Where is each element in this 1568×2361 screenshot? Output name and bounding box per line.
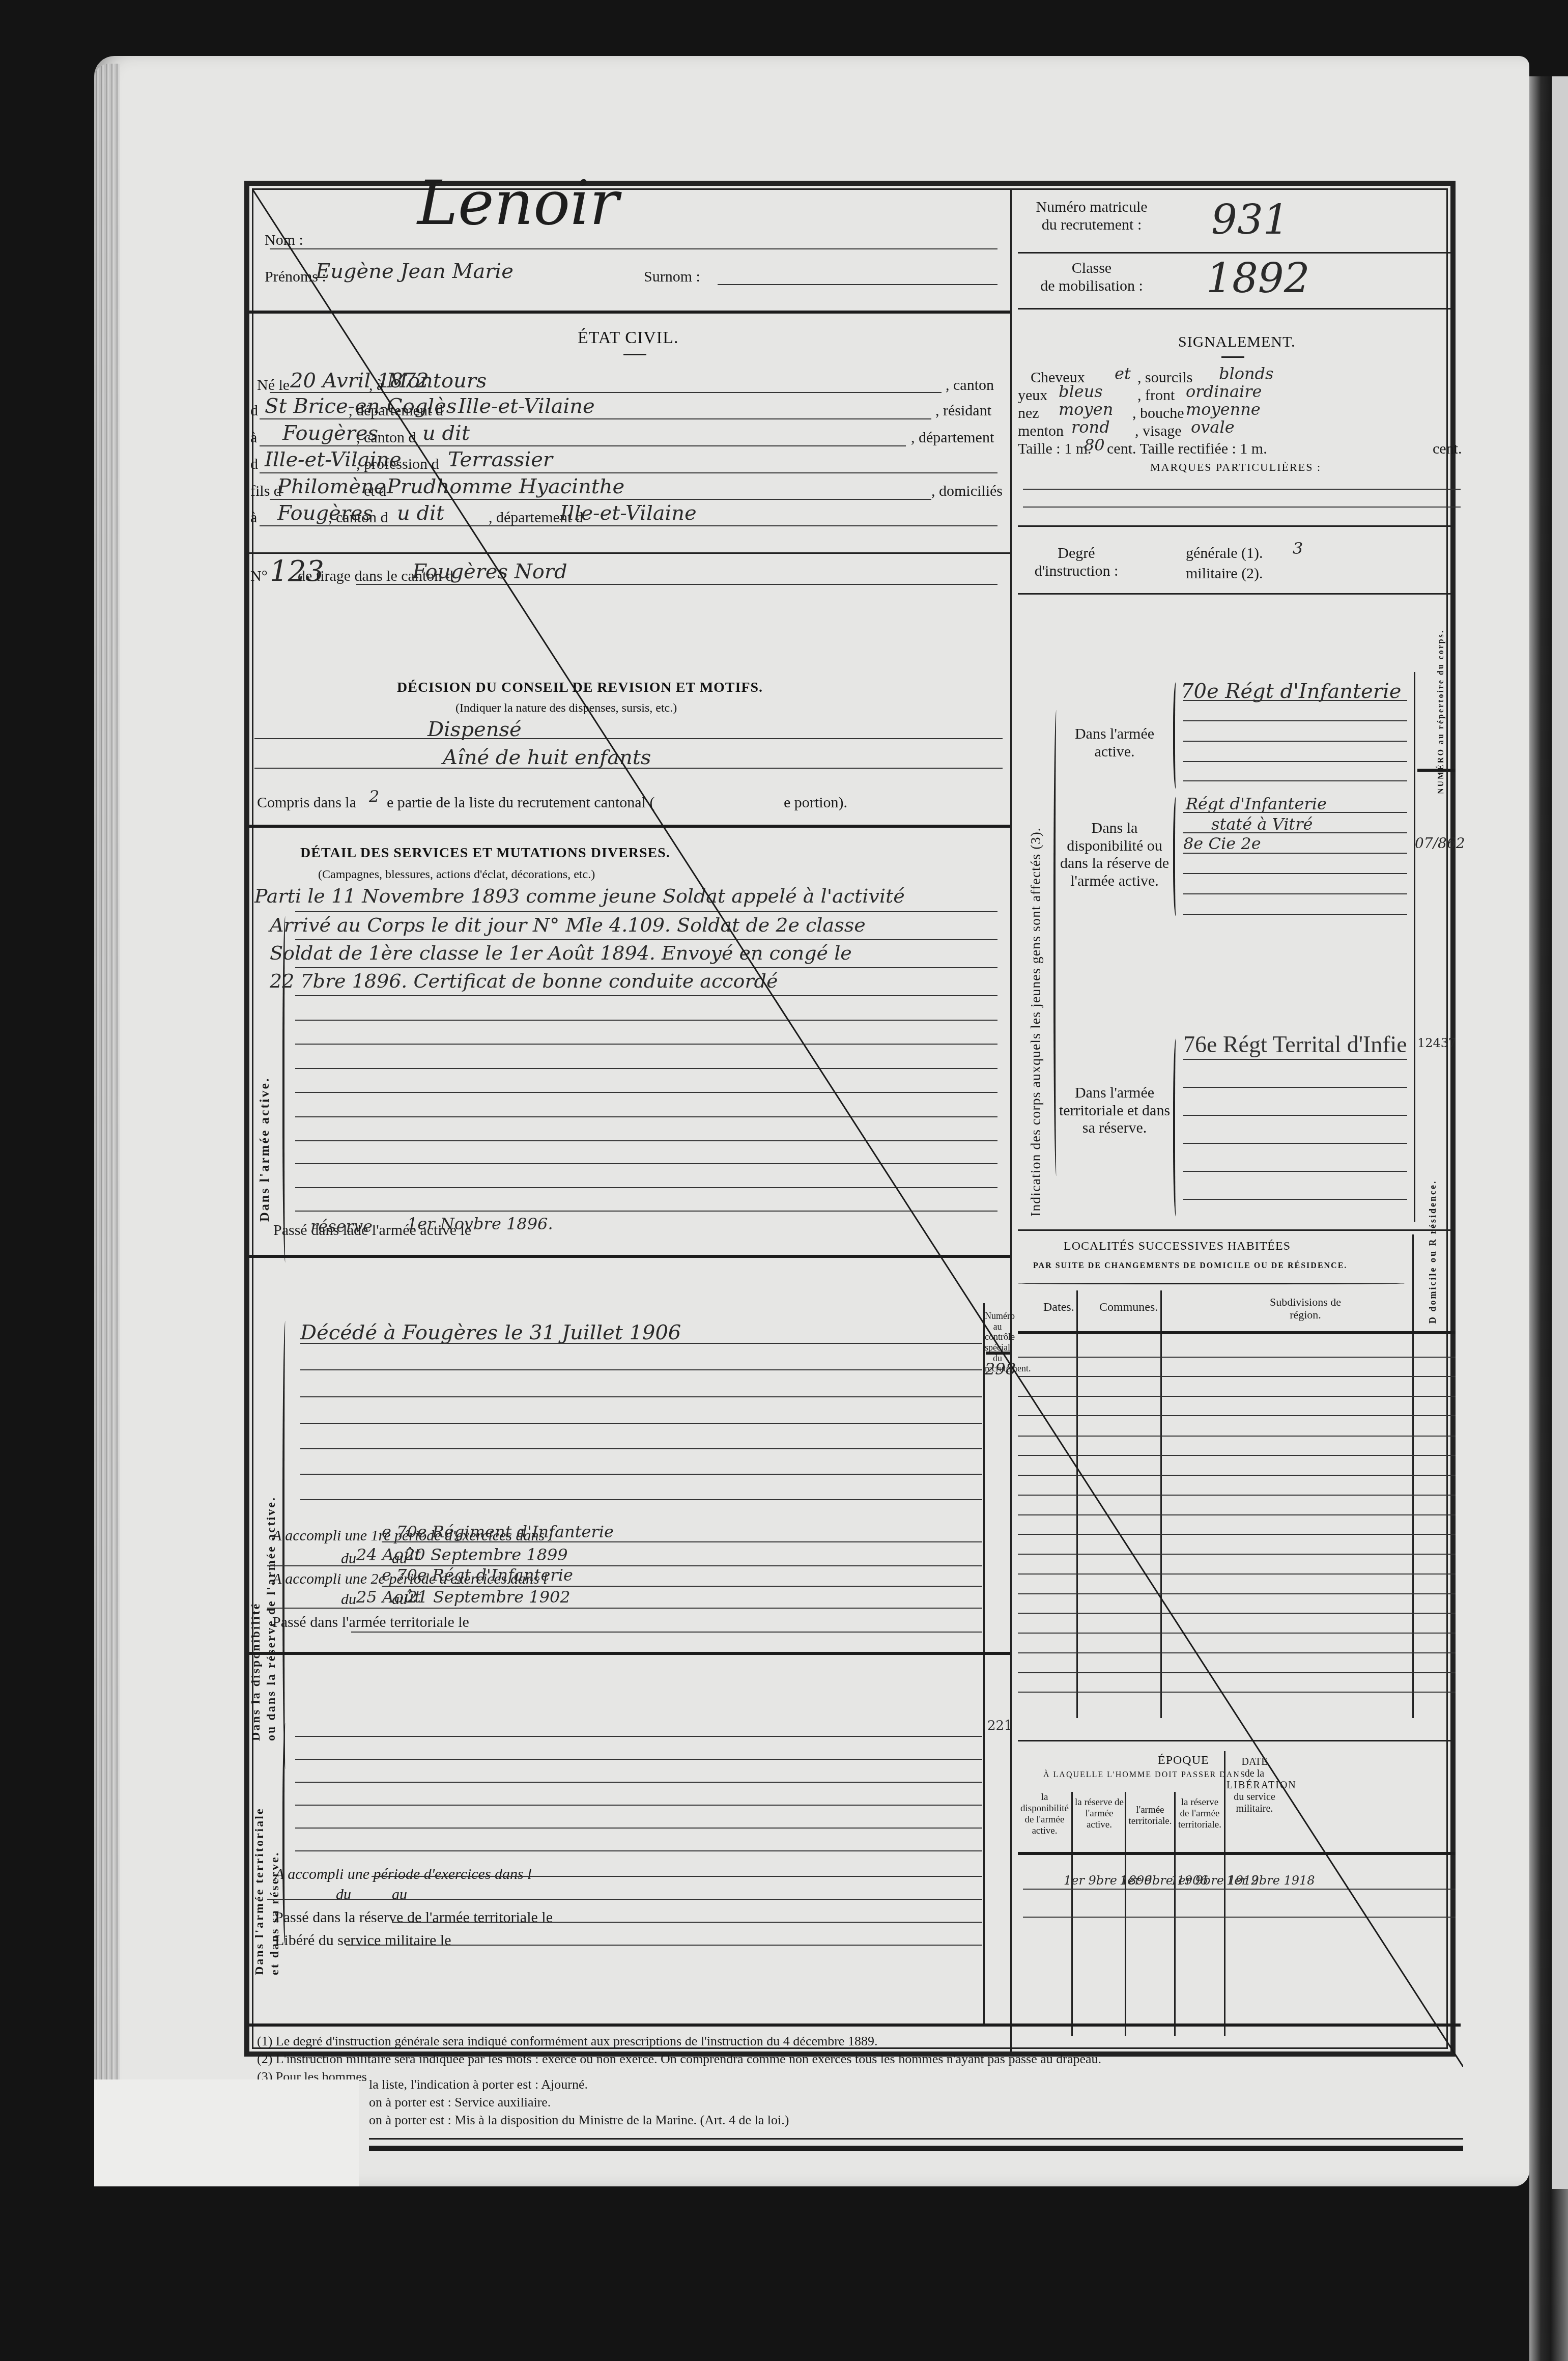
deces-note: Décédé à Fougères le 31 Juillet 1906 (300, 1321, 681, 1344)
epoque-heading: ÉPOQUE (1158, 1754, 1209, 1767)
rule (986, 1352, 1010, 1355)
passe-territoriale-label: Passé dans l'armée territoriale le (272, 1614, 469, 1631)
col-divider (1160, 1290, 1162, 1718)
marques-line (1023, 507, 1461, 508)
row-line (1018, 1455, 1456, 1456)
col-domicile-residence: D domicile ou R résidence. (1428, 1180, 1438, 1324)
line (1183, 1171, 1407, 1172)
canton-label: , canton (946, 377, 994, 394)
row-line (1023, 1889, 1456, 1890)
line (295, 967, 997, 968)
services-heading: DÉTAIL DES SERVICES ET MUTATIONS DIVERSE… (300, 845, 670, 861)
corps-dispo-line3: 8e Cie 2e (1183, 834, 1261, 853)
heading-rule (1221, 356, 1244, 358)
mere-value: Prudhomme Hyacinthe (387, 475, 624, 498)
decision-divider (249, 825, 1010, 828)
header-rule (1018, 1852, 1456, 1855)
line (254, 738, 1003, 739)
pasted-paper-strip (94, 2079, 359, 2186)
line (1183, 741, 1407, 742)
line (260, 445, 906, 446)
services-subheading: (Campagnes, blessures, actions d'éclat, … (318, 868, 595, 882)
etat-civil-divider (249, 552, 1010, 554)
line (295, 1187, 997, 1188)
rule (1417, 769, 1456, 772)
periode2-du-label: du (341, 1591, 356, 1608)
row-line (1018, 1692, 1456, 1693)
row-line (1018, 1495, 1456, 1496)
instruction-label: Degréd'instruction : (1033, 545, 1120, 580)
periode1-au: 20 Septembre 1899 (405, 1545, 568, 1564)
services-side-label: Dans l'armée active. (257, 1077, 272, 1222)
line (260, 472, 997, 473)
departement-label: , département d (349, 402, 443, 419)
taille-value: 80 (1084, 435, 1105, 455)
fils-de-label: fils d (250, 483, 281, 500)
front-value: ordinaire (1186, 382, 1262, 401)
bottom-border-thin (369, 2138, 1463, 2140)
prenoms-value: Eugène Jean Marie (316, 260, 514, 283)
line (295, 1163, 997, 1164)
footnote-2: (2) L'instruction militaire sera indiqué… (257, 2051, 1101, 2067)
line (295, 939, 997, 940)
row-line (1018, 1573, 1456, 1575)
corps-disponibilite-label: Dans la disponibilité ou dans la réserve… (1059, 820, 1171, 890)
line (300, 1343, 982, 1344)
line (267, 1899, 982, 1900)
footnote-3a: la liste, l'indication à porter est : Aj… (369, 2077, 588, 2092)
territoriale-side-label: Dans l'armée territorialeet dans sa rése… (252, 1807, 282, 1975)
line (254, 768, 1003, 769)
footnote-3b: on à porter est : Service auxiliaire. (369, 2095, 551, 2110)
line (295, 1140, 997, 1141)
service-line-3: Soldat de 1ère classe le 1er Août 1894. … (270, 942, 852, 964)
line (295, 1850, 982, 1851)
instruction-militaire-label: militaire (2). (1186, 565, 1263, 582)
front-label: , front (1137, 387, 1175, 404)
corps-dispo-line2: staté à Vitré (1211, 814, 1313, 834)
line (372, 1876, 982, 1877)
row-line (1018, 1376, 1456, 1377)
menton-label: menton (1018, 423, 1064, 440)
departement3-value: Ille-et-Vilaine (560, 501, 697, 525)
territoriale-reserve-label: Passé dans la réserve de l'armée territo… (275, 1909, 553, 1926)
epoque-col-reserve-territoriale: la réserve de l'armée territoriale. (1176, 1797, 1224, 1831)
header-rule (1018, 1331, 1456, 1334)
matricule-value: 931 (1211, 196, 1289, 243)
bouche-label: , bouche (1132, 405, 1184, 422)
brace (282, 916, 290, 1262)
line (295, 1782, 982, 1783)
line (300, 1499, 982, 1500)
ne-le-label: Né le (257, 377, 290, 394)
heading-rule (623, 354, 646, 355)
line (1183, 1143, 1407, 1144)
taille-rectifiee-label: cent. Taille rectifiée : 1 m. (1107, 440, 1267, 458)
controle-column-divider (983, 1303, 985, 2023)
epoque-divider (1071, 1792, 1073, 2036)
line (295, 1759, 982, 1760)
epoque-col-territoriale: l'armée territoriale. (1127, 1805, 1173, 1827)
bouche-value: moyenne (1186, 400, 1261, 419)
line (295, 1020, 997, 1021)
periode1-corps: e 70e Régiment d'Infanterie (382, 1522, 614, 1541)
profession-label: , profession d (356, 456, 439, 473)
localites-subheading: PAR SUITE DE CHANGEMENTS DE DOMICILE OU … (1033, 1261, 1347, 1271)
menton-value: rond (1071, 417, 1110, 437)
territoriale-numero-value: 221 (987, 1718, 1013, 1733)
corps-divider (1018, 1229, 1456, 1231)
line (260, 525, 997, 526)
line (295, 1211, 997, 1212)
line (300, 1369, 982, 1370)
service-line-4: 22 7bre 1896. Certificat de bonne condui… (270, 970, 778, 992)
col-divider (1412, 1234, 1414, 1718)
numero-column-divider (1414, 672, 1415, 1222)
line (1183, 893, 1407, 894)
line (260, 418, 931, 419)
instruction-generale-value: 3 (1293, 539, 1303, 558)
row-line (1018, 1436, 1456, 1437)
libere-label: Libéré du service militaire le (275, 1932, 451, 1949)
periode2-au-label: au (392, 1591, 407, 1608)
corps-dispo-line1: Régt d'Infanterie (1186, 794, 1327, 813)
col-dates: Dates. (1043, 1301, 1074, 1314)
col-communes: Communes. (1099, 1301, 1158, 1314)
etat-civil-heading: ÉTAT CIVIL. (578, 328, 678, 348)
page-stack-edge (94, 64, 120, 2181)
line (295, 1736, 982, 1737)
matricule-divider (1018, 252, 1456, 254)
line (295, 911, 997, 912)
footnote-1: (1) Le degré d'instruction générale sera… (257, 2034, 877, 2049)
passe-date: 1er Novbre 1896. (407, 1214, 553, 1233)
periode2-au: 21 Septembre 1902 (407, 1587, 571, 1607)
row-line (1018, 1396, 1456, 1397)
line (1183, 761, 1407, 762)
line (1183, 1115, 1407, 1116)
territoriale-au-label: au (392, 1886, 407, 1903)
line (1183, 812, 1407, 813)
line (295, 1805, 982, 1806)
corps-active-label: Dans l'armée active. (1059, 725, 1171, 761)
line (270, 392, 942, 393)
departement2-label: , département (911, 429, 994, 446)
surnom-line (718, 284, 997, 285)
nom-value: Lenoir (417, 168, 619, 239)
sourcils-value: blonds (1219, 364, 1274, 383)
nez-label: nez (1018, 405, 1039, 422)
line (351, 1632, 982, 1633)
residant-a-label: à (250, 429, 257, 446)
signalement-divider (1018, 525, 1456, 527)
line (356, 584, 997, 585)
yeux-label: yeux (1018, 387, 1047, 404)
instruction-divider (1018, 593, 1456, 595)
epoque-divider (1224, 1751, 1225, 2036)
brace (1173, 797, 1180, 916)
localites-heading: LOCALITÉS SUCCESSIVES HABITÉES (1064, 1240, 1291, 1253)
line (1183, 780, 1407, 781)
birthplace-value: Montours (387, 369, 487, 392)
brace (282, 1321, 290, 1769)
sourcils-label: , sourcils (1137, 369, 1192, 386)
domicile-a-label: à (250, 509, 257, 526)
departement2-de-label: d (250, 456, 258, 473)
line (1183, 1059, 1407, 1060)
classe-label: Classede mobilisation : (1023, 260, 1160, 295)
corps-territoriale-label: Dans l'armée territoriale et dans sa rés… (1059, 1084, 1171, 1137)
bottom-border (369, 2146, 1463, 2151)
taille-label: Taille : 1 m. (1018, 440, 1092, 458)
profession-value: Terrassier (448, 448, 553, 471)
line (270, 499, 931, 500)
main-column-divider (1010, 188, 1012, 2057)
epoque-divider (1174, 1792, 1176, 2036)
line (346, 1945, 982, 1946)
tirage-no-label: N° (250, 568, 268, 585)
col-subdivisions: Subdivisions de région. (1262, 1296, 1349, 1322)
epoque-col-reserve-active: la réserve de l'armée active. (1074, 1797, 1125, 1831)
marques-heading: MARQUES PARTICULIÈRES : (1150, 461, 1321, 474)
territoriale-numero: 12437 (1417, 1036, 1456, 1050)
line (1183, 1199, 1407, 1200)
services-divider (249, 1255, 1010, 1258)
row-line (1018, 1672, 1456, 1673)
line (1183, 914, 1407, 915)
territoriale-stamp: 76e Régt Territal d'Infie (1183, 1031, 1407, 1058)
residant-label: , résidant (935, 402, 991, 419)
matricule-label: Numéro matriculedu recrutement : (1023, 199, 1160, 234)
canton3-value: u dit (397, 501, 444, 525)
line (300, 1474, 982, 1475)
line (382, 1586, 982, 1587)
canton2-label: , canton d (356, 429, 416, 446)
nom-label: Nom : (265, 232, 303, 249)
corps-vertical-label: Indication des corps auxquels les jeunes… (1028, 827, 1044, 1217)
line (1183, 873, 1407, 874)
row-line (1018, 1554, 1456, 1555)
portion-suffix: e portion). (784, 794, 847, 811)
epoque-subheading: À LAQUELLE L'HOMME DOIT PASSER DANS (1043, 1770, 1246, 1780)
territoriale-du-label: du (336, 1886, 351, 1903)
tirage-canton-value: Fougères Nord (412, 560, 567, 583)
decision-subheading: (Indiquer la nature des dispenses, sursi… (455, 701, 677, 715)
row-line (1018, 1593, 1456, 1594)
periode2-corps: e 70e Régt d'Infanterie (382, 1565, 573, 1585)
line (267, 1565, 982, 1566)
nom-line (270, 248, 997, 249)
line (295, 1116, 997, 1117)
line (1183, 1087, 1407, 1088)
line (267, 1608, 982, 1609)
line (300, 1423, 982, 1424)
identity-divider (249, 311, 1010, 314)
instruction-generale-label: générale (1). (1186, 545, 1263, 562)
signalement-heading: SIGNALEMENT. (1178, 333, 1296, 351)
line (295, 1092, 997, 1093)
cheveux-value: et (1115, 364, 1131, 383)
disponibilite-divider (249, 1652, 1010, 1655)
nez-value: moyen (1059, 400, 1113, 419)
compris-value: 2 (369, 786, 379, 806)
periode1-du-label: du (341, 1550, 356, 1567)
brace (1173, 682, 1180, 789)
row-line (1018, 1357, 1456, 1358)
a-label: , à (369, 377, 383, 394)
service-line-2: Arrivé au Corps le dit jour N° Mle 4.109… (270, 914, 866, 936)
visage-value: ovale (1191, 417, 1235, 437)
localites-divider (1018, 1740, 1456, 1741)
classe-value: 1892 (1206, 255, 1310, 302)
brace (1173, 1038, 1180, 1217)
classe-divider (1018, 308, 1456, 310)
footnote-3c: on à porter est : Mis à la disposition d… (369, 2113, 789, 2128)
taille-rectifiee-cent-label: cent. (1433, 440, 1462, 458)
row-line (1018, 1633, 1456, 1634)
row-line (1018, 1415, 1456, 1416)
line (300, 1396, 982, 1397)
liberation-value: 1er 9bre 1918 (1227, 1873, 1315, 1888)
line (1183, 700, 1407, 701)
line (382, 1541, 982, 1542)
compris-label: Compris dans la (257, 794, 356, 811)
marques-line (1023, 489, 1461, 490)
line (295, 1828, 982, 1829)
compris-suffix: e partie de la liste du recrutement cant… (387, 794, 654, 811)
line (300, 1448, 982, 1449)
epoque-col-disponibilite: la disponibilité de l'armée active. (1018, 1792, 1071, 1836)
liberation-heading: DATEde laLIBÉRATIONdu service militaire. (1227, 1756, 1282, 1815)
numero-controle-value: 298 (985, 1359, 1016, 1379)
row-line (1018, 1652, 1456, 1653)
decorative-brace (1018, 1283, 1405, 1284)
et-de-label: et d (364, 483, 386, 500)
footnote-divider (249, 2023, 1461, 2027)
epoque-divider (1125, 1792, 1126, 2036)
line (1183, 720, 1407, 721)
row-line (1023, 1917, 1456, 1918)
decision-heading: DÉCISION DU CONSEIL DE REVISION ET MOTIF… (397, 680, 763, 696)
surnom-label: Surnom : (644, 268, 700, 286)
departement-value: Ille-et-Vilaine (458, 395, 595, 418)
line (295, 1044, 997, 1045)
canton-de-label: d (250, 402, 258, 419)
col-divider (1076, 1290, 1078, 1718)
line (1183, 832, 1407, 833)
row-line (1018, 1475, 1456, 1476)
line (295, 995, 997, 996)
canton3-label: , canton d (328, 509, 388, 526)
visage-label: , visage (1135, 423, 1182, 440)
territoriale-periode-label: A accompli une période d'exercices dans … (275, 1866, 532, 1883)
domicilies-label: , domiciliés (931, 483, 1003, 500)
service-line-1: Parti le 11 Novembre 1893 comme jeune So… (254, 885, 905, 907)
canton2-value: u dit (422, 421, 470, 445)
row-line (1018, 1534, 1456, 1535)
row-line (1018, 1613, 1456, 1614)
yeux-value: bleus (1059, 382, 1103, 401)
next-page-edge (1552, 76, 1568, 2189)
corps-dispo-numero: 07/862 (1415, 835, 1465, 852)
line (392, 1922, 982, 1923)
decision-line2: Aîné de huit enfants (443, 746, 651, 769)
row-line (1018, 1514, 1456, 1515)
line (295, 1068, 997, 1069)
line (1183, 853, 1407, 854)
